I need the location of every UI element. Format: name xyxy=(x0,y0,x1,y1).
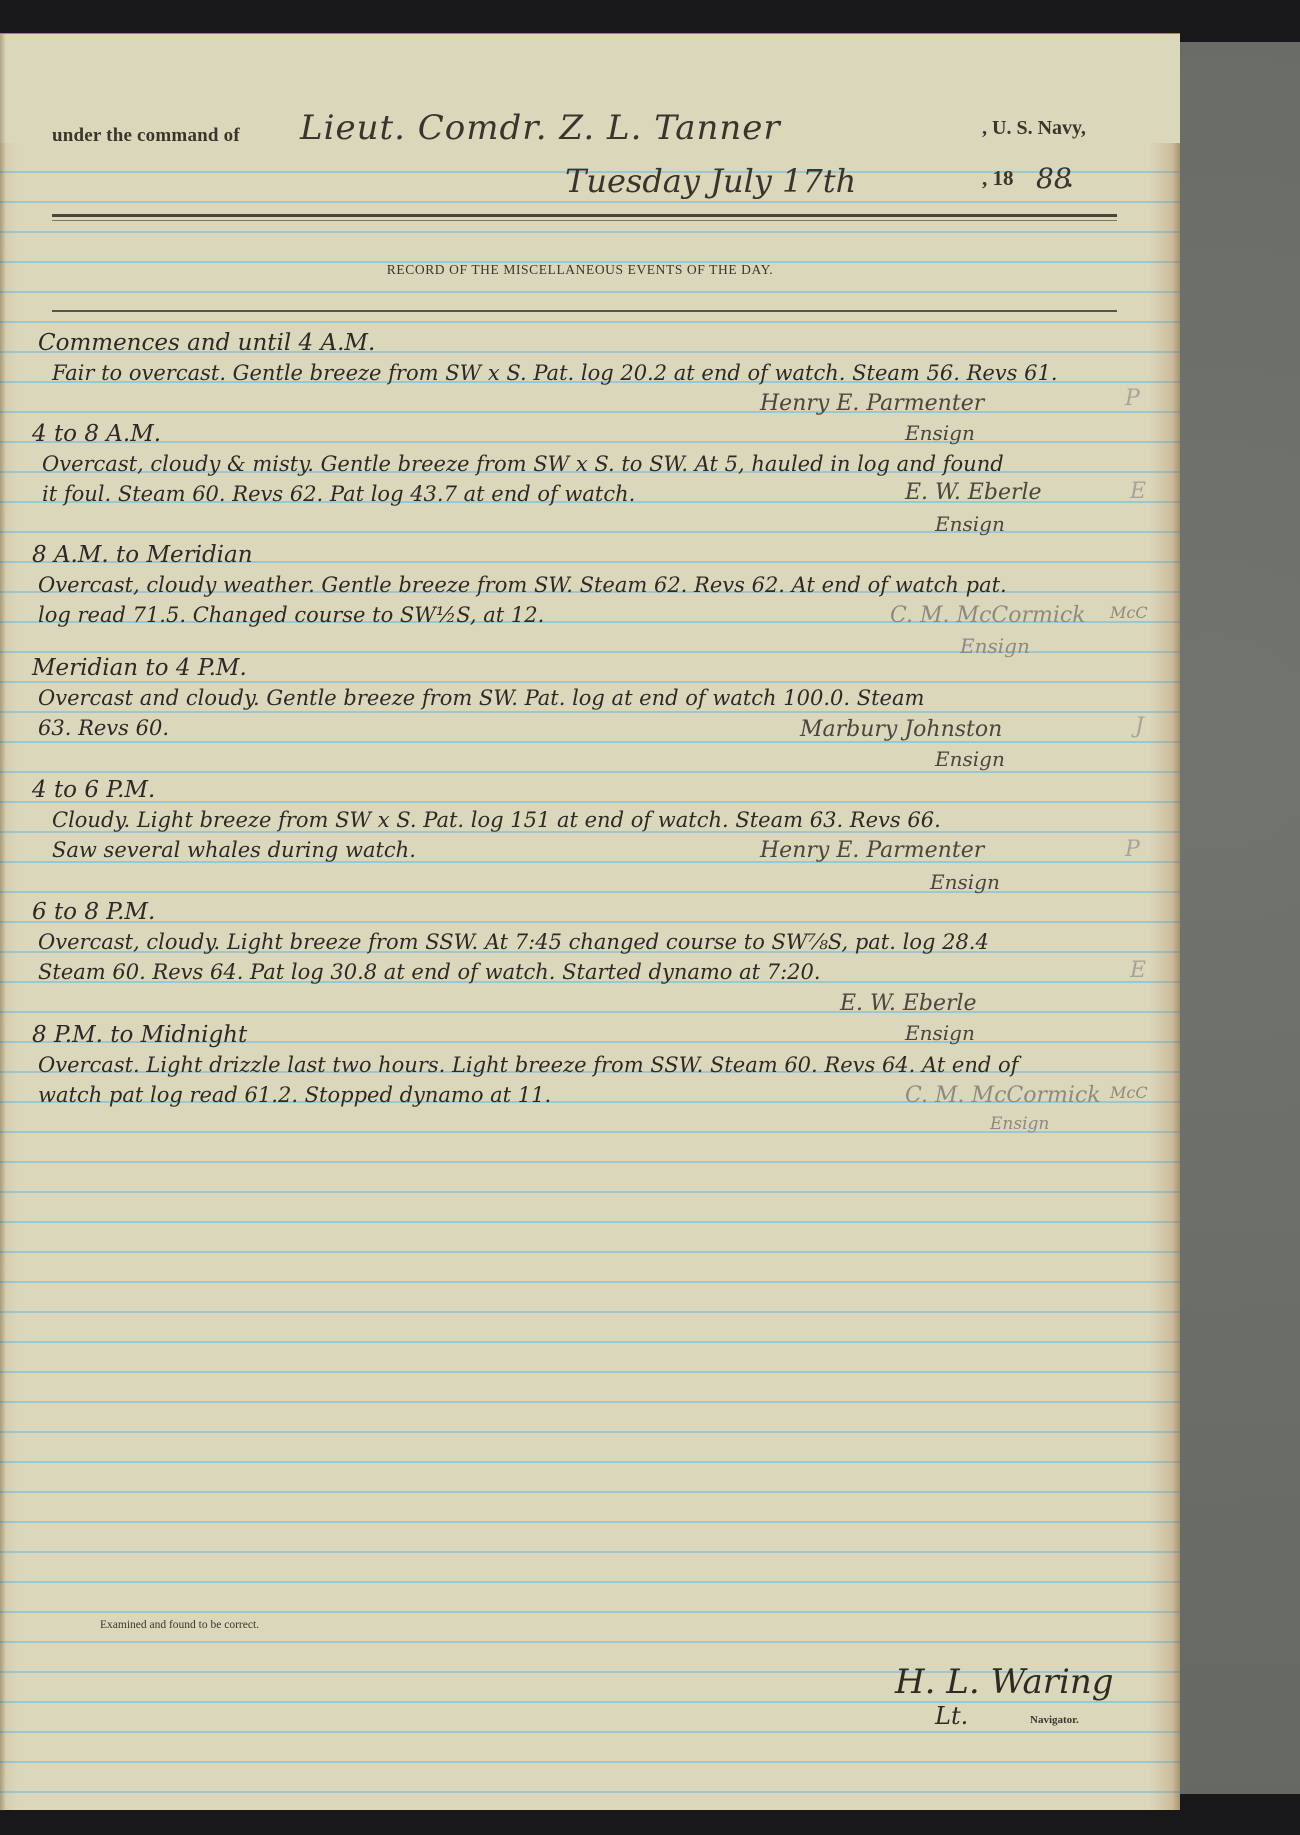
commander-name: Lieut. Comdr. Z. L. Tanner xyxy=(300,108,781,148)
entry-heading: 4 to 8 A.M. xyxy=(32,421,161,447)
year-prefix: , 18 xyxy=(982,166,1014,191)
entry-heading: 4 to 6 P.M. xyxy=(32,777,155,803)
section-title: RECORD OF THE MISCELLANEOUS EVENTS OF TH… xyxy=(0,262,1160,278)
watch-officer-rank: Ensign xyxy=(905,1021,975,1045)
entry-heading: 8 P.M. to Midnight xyxy=(32,1022,247,1048)
watch-officer-initials: McC xyxy=(1110,1083,1148,1102)
watch-officer-signature: Marbury Johnston xyxy=(800,717,1002,742)
examined-statement: Examined and found to be correct. xyxy=(100,1619,259,1631)
navigator-signature: H. L. Waring xyxy=(895,1662,1114,1702)
entry-line: Overcast, cloudy. Light breeze from SSW.… xyxy=(38,930,989,954)
margin-initial: E xyxy=(1130,479,1146,504)
entry-line: it foul. Steam 60. Revs 62. Pat log 43.7… xyxy=(42,482,635,506)
watch-officer-rank: Ensign xyxy=(935,747,1005,771)
watch-officer-signature: E. W. Eberle xyxy=(840,991,977,1016)
margin-initial: P xyxy=(1125,386,1140,411)
watch-officer-rank: Ensign xyxy=(935,512,1005,536)
entry-line: Steam 60. Revs 64. Pat log 30.8 at end o… xyxy=(38,960,821,984)
entry-heading: Commences and until 4 A.M. xyxy=(38,330,375,356)
entry-line: Overcast, cloudy & misty. Gentle breeze … xyxy=(42,452,1004,476)
header-rule xyxy=(52,214,1117,217)
entry-line: Saw several whales during watch. xyxy=(52,838,416,862)
entry-heading: 8 A.M. to Meridian xyxy=(32,542,253,568)
watch-officer-signature: Henry E. Parmenter xyxy=(760,838,984,863)
command-prefix: under the command of xyxy=(52,125,240,147)
entry-line: Overcast. Light drizzle last two hours. … xyxy=(38,1053,1018,1077)
watch-officer-initials: McC xyxy=(1110,603,1148,622)
navigator-title: Navigator. xyxy=(1030,1714,1079,1726)
entry-heading: 6 to 8 P.M. xyxy=(32,899,155,925)
entry-line: Overcast and cloudy. Gentle breeze from … xyxy=(38,686,924,710)
navigator-rank: Lt. xyxy=(935,1702,968,1730)
margin-initial: P xyxy=(1125,837,1140,862)
watch-officer-rank: Ensign xyxy=(930,870,1000,894)
header-rule-thin xyxy=(52,220,1117,221)
service-suffix: , U. S. Navy, xyxy=(982,117,1086,140)
entry-line: Fair to overcast. Gentle breeze from SW … xyxy=(52,361,1058,385)
watch-officer-signature: C. M. McCormick xyxy=(905,1083,1101,1108)
watch-officer-rank: Ensign xyxy=(990,1114,1049,1134)
margin-initial: E xyxy=(1130,958,1146,983)
watch-officer-rank: Ensign xyxy=(905,421,975,445)
watch-officer-signature: E. W. Eberle xyxy=(905,480,1042,505)
backing-board xyxy=(1175,42,1300,1794)
entry-line: Overcast, cloudy weather. Gentle breeze … xyxy=(38,573,1007,597)
watch-officer-signature: C. M. McCormick xyxy=(890,603,1086,628)
watch-officer-signature: Henry E. Parmenter xyxy=(760,391,984,416)
section-rule xyxy=(52,310,1117,312)
entry-line: Cloudy. Light breeze from SW x S. Pat. l… xyxy=(52,808,941,832)
entry-line: watch pat log read 61.2. Stopped dynamo … xyxy=(38,1083,551,1107)
entry-line: log read 71.5. Changed course to SW½S, a… xyxy=(38,603,544,627)
watch-officer-rank: Ensign xyxy=(960,634,1030,658)
year-suffix: . xyxy=(1067,167,1073,193)
entry-line: 63. Revs 60. xyxy=(38,716,169,740)
log-date: Tuesday July 17th xyxy=(565,162,856,200)
log-page: under the command of Lieut. Comdr. Z. L.… xyxy=(0,33,1180,1810)
margin-initial: J xyxy=(1135,714,1144,739)
binding-shadow xyxy=(0,34,6,1811)
entry-heading: Meridian to 4 P.M. xyxy=(32,655,247,681)
